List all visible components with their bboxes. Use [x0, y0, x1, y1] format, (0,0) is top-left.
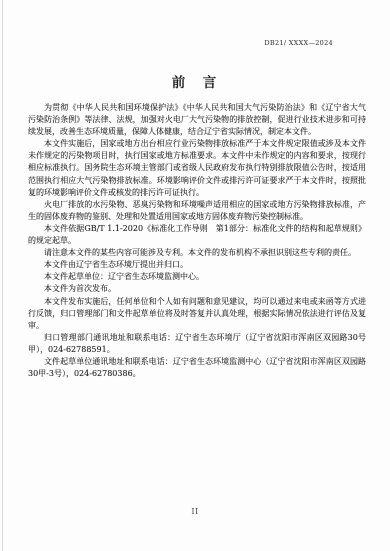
foreword-body: 为贯彻《中华人民共和国环境保护法》《中华人民共和国大气污染防治法》和《辽宁省大气… — [28, 102, 366, 380]
paragraph-patent-notice: 请注意本文件的某些内容可能涉及专利。本文件的发布机构不承担识别这些专利的责任。 — [28, 247, 366, 259]
page-number: II — [0, 507, 390, 516]
paragraph-drafting-basis: 本文件依据GB/T 1.1-2020《标准化工作导则 第1部分：标准化文件的结构… — [28, 223, 366, 247]
paragraph-unit-contact: 文件起草单位通讯地址和联系电话：辽宁省生态环境监测中心（辽宁省沈阳市浑南区双园路… — [28, 356, 366, 380]
paragraph-first-issue: 本文件为首次发布。 — [28, 283, 366, 295]
paragraph-proposed-by: 本文件由辽宁省生态环境厅提出并归口。 — [28, 259, 366, 271]
paragraph-implementation: 本文件实施后，国家或地方出台相应行业污染物排放标准严于本文件规定限值或涉及本文件… — [28, 138, 366, 198]
paragraph-feedback: 本文件发布实施后，任何单位和个人如有问题和意见建议，均可以通过来电或来函等方式进… — [28, 296, 366, 332]
paragraph-purpose: 为贯彻《中华人民共和国环境保护法》《中华人民共和国大气污染防治法》和《辽宁省大气… — [28, 102, 366, 138]
standard-code: DB21/ XXXX—2024 — [264, 39, 333, 47]
paragraph-drafting-unit: 本文件起草单位：辽宁省生态环境监测中心。 — [28, 271, 366, 283]
paragraph-dept-contact: 归口管理部门通讯地址和联系电话：辽宁省生态环境厅（辽宁省沈阳市浑南区双园路30号… — [28, 332, 366, 356]
paragraph-other-pollutants: 火电厂排放的水污染物、恶臭污染物和环境噪声适用相应的国家或地方污染物排放标准，产… — [28, 199, 366, 223]
foreword-title: 前 言 — [0, 71, 390, 91]
document-page: DB21/ XXXX—2024 前 言 为贯彻《中华人民共和国环境保护法》《中华… — [0, 0, 390, 551]
